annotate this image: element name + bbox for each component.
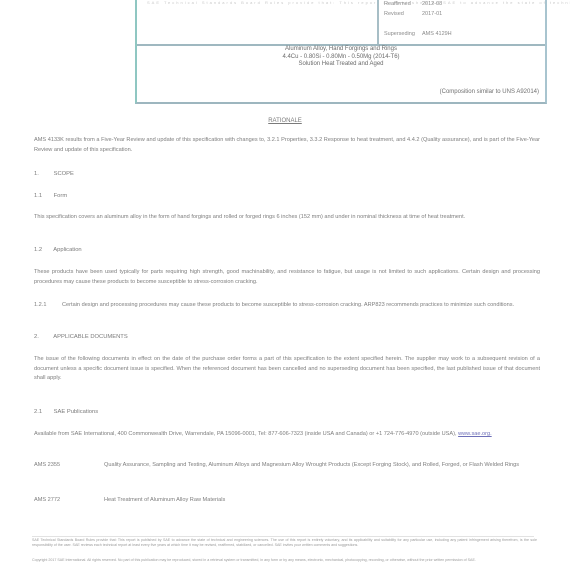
composition-note: (Composition similar to UNS A92014) — [440, 89, 539, 95]
header-notice-cell: SAE Technical Standards Board Rules prov… — [137, 0, 377, 44]
section-scope-heading: 1. SCOPE — [34, 171, 74, 177]
header-box: SAE Technical Standards Board Rules prov… — [135, 0, 547, 104]
section-applicable-docs-text: The issue of the following documents in … — [34, 355, 540, 384]
section-number: 2. — [34, 334, 52, 340]
section-title: SCOPE — [54, 171, 74, 177]
reference-title: Heat Treatment of Aluminum Alloy Raw Mat… — [104, 496, 540, 505]
revised-label: Revised — [384, 11, 404, 17]
section-title: Application — [53, 247, 81, 253]
section-title: APPLICABLE DOCUMENTS — [53, 334, 127, 340]
section-number: 1. — [34, 171, 52, 177]
footer-copyright: Copyright 2017 SAE International. All ri… — [32, 558, 537, 563]
section-application-heading: 1.2 Application — [34, 247, 82, 253]
section-applicable-docs-heading: 2. APPLICABLE DOCUMENTS — [34, 334, 128, 340]
footer-disclaimer: SAE Technical Standards Board Rules prov… — [32, 538, 537, 548]
reaffirmed-row: Reaffirmed 2012-08 — [384, 1, 411, 7]
section-application-text: These products have been used typically … — [34, 268, 540, 287]
section-title: Form — [54, 193, 68, 199]
section-sae-pubs-text: Available from SAE International, 400 Co… — [34, 430, 540, 440]
title-line: 4.4Cu - 0.80Si - 0.80Mn - 0.50Mg (2014-T… — [137, 54, 545, 62]
section-note-text: Certain design and processing procedures… — [62, 301, 540, 311]
superseding-label: Superseding — [384, 31, 415, 37]
section-number: 1.2 — [34, 247, 52, 253]
document-title: Aluminum Alloy, Hand Forgings and Rings … — [137, 46, 545, 69]
sae-pubs-text: Available from SAE International, 400 Co… — [34, 431, 457, 437]
reference-item: AMS 2772 Heat Treatment of Aluminum Allo… — [34, 496, 540, 505]
title-line: Solution Heat Treated and Aged — [137, 61, 545, 69]
footer-divider — [32, 536, 534, 537]
reference-item: AMS 2355 Quality Assurance, Sampling and… — [34, 461, 540, 470]
revised-row: Revised 2017-01 — [384, 11, 404, 17]
reference-title: Quality Assurance, Sampling and Testing,… — [104, 461, 540, 470]
superseding-value: AMS 4129H — [422, 31, 452, 37]
section-form-heading: 1.1 Form — [34, 193, 67, 199]
section-number: 2.1 — [34, 409, 52, 415]
revised-value: 2017-01 — [422, 11, 442, 17]
section-application-note: 1.2.1 Certain design and processing proc… — [34, 301, 540, 311]
reaffirmed-label: Reaffirmed — [384, 1, 411, 7]
rationale-heading: RATIONALE — [0, 118, 570, 124]
rationale-text: AMS 4133K results from a Five-Year Revie… — [34, 136, 540, 155]
section-title: SAE Publications — [54, 409, 98, 415]
title-line: Aluminum Alloy, Hand Forgings and Rings — [137, 46, 545, 54]
sae-website-link[interactable]: www.sae.org. — [458, 431, 492, 437]
document-page: SAE Technical Standards Board Rules prov… — [0, 0, 570, 570]
section-number: 1.2.1 — [34, 301, 46, 311]
section-sae-pubs-heading: 2.1 SAE Publications — [34, 409, 98, 415]
section-form-text: This specification covers an aluminum al… — [34, 213, 540, 223]
section-number: 1.1 — [34, 193, 52, 199]
reference-code: AMS 2772 — [34, 496, 60, 505]
superseding-row: Superseding AMS 4129H — [384, 31, 415, 37]
reaffirmed-value: 2012-08 — [422, 1, 442, 7]
header-top-row: SAE Technical Standards Board Rules prov… — [137, 0, 545, 46]
revision-cell: Reaffirmed 2012-08 Revised 2017-01 Super… — [377, 0, 545, 44]
reference-code: AMS 2355 — [34, 461, 60, 470]
